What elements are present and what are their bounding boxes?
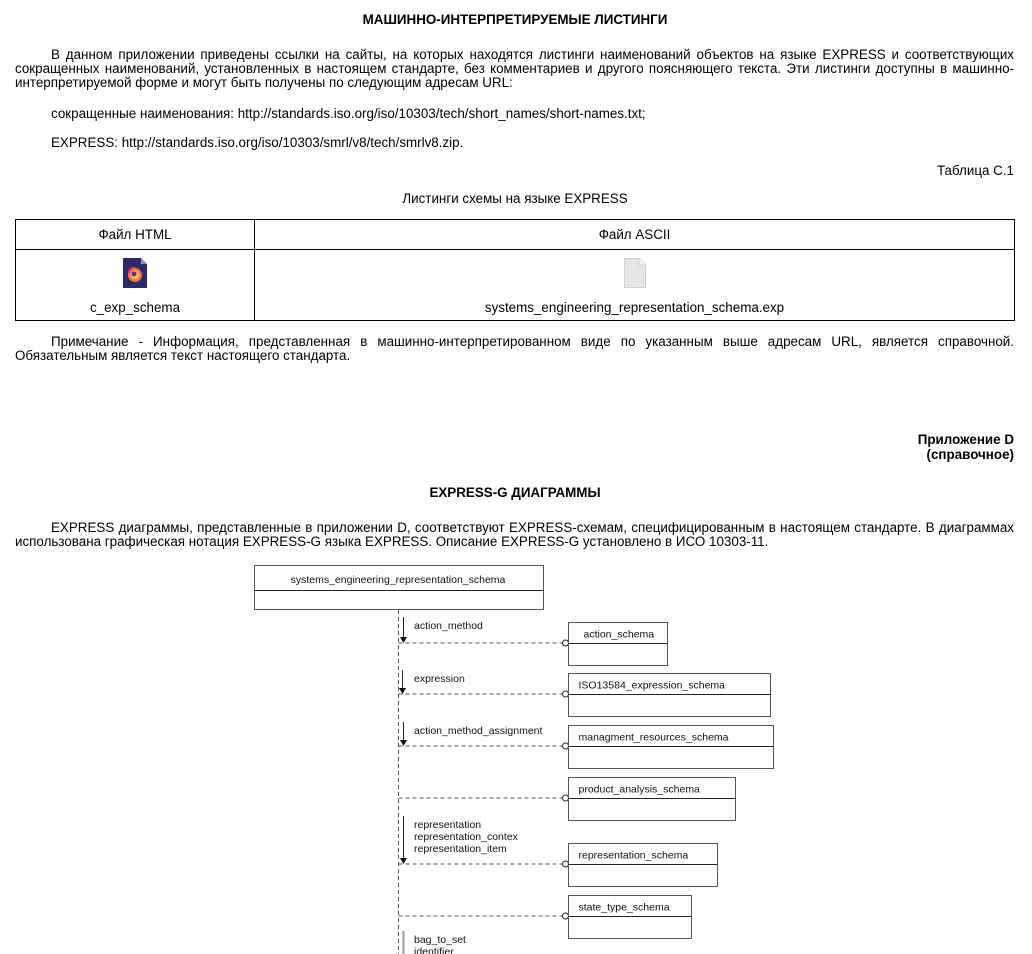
schema-box: action_schema [569, 623, 668, 666]
relation-circle-icon [563, 913, 569, 919]
schema-name: representation_schema [579, 850, 689, 862]
schema-reference: state_type_schema [399, 896, 692, 939]
reference-label: action_method_assignment [414, 725, 542, 737]
main-schema-box: systems_engineering_representation_schem… [255, 566, 544, 610]
arrow-head-icon [399, 688, 406, 694]
reference-label: identifier [414, 946, 454, 954]
reference-label: action_method [414, 620, 483, 632]
relation-circle-icon [563, 743, 569, 749]
schema-name: action_schema [584, 629, 655, 641]
schema-box: managment_resources_schema [569, 726, 774, 769]
schema-reference: action_method_assignmentmanagment_resour… [399, 722, 774, 769]
schema-reference: bag_to_setidentifier [404, 931, 467, 954]
schema-name: managment_resources_schema [579, 732, 729, 744]
arrow-head-icon [400, 858, 407, 864]
schema-box: ISO13584_expression_schema [569, 674, 771, 717]
reference-label: expression [414, 673, 465, 685]
arrow-head-icon [400, 637, 407, 643]
relation-circle-icon [563, 691, 569, 697]
reference-label: representation_item [414, 843, 507, 855]
relation-circle-icon [563, 795, 569, 801]
express-g-diagram: systems_engineering_representation_schem… [0, 0, 1032, 954]
schema-reference: representationrepresentation_contexrepre… [399, 816, 718, 887]
relation-circle-icon [563, 640, 569, 646]
schema-name: ISO13584_expression_schema [579, 680, 726, 692]
schema-name: product_analysis_schema [579, 784, 701, 796]
schema-reference: expressionISO13584_expression_schema [399, 670, 771, 717]
schema-reference: product_analysis_schema [399, 778, 736, 821]
reference-label: bag_to_set [414, 934, 466, 946]
schema-box: product_analysis_schema [569, 778, 736, 821]
schema-box: representation_schema [569, 844, 718, 887]
main-schema-name: systems_engineering_representation_schem… [291, 574, 506, 586]
reference-label: representation_contex [414, 831, 519, 843]
reference-label: representation [414, 819, 481, 831]
schema-name: state_type_schema [579, 902, 670, 914]
relation-circle-icon [563, 861, 569, 867]
schema-reference: action_methodaction_schema [399, 617, 668, 666]
schema-box: state_type_schema [569, 896, 692, 939]
arrow-head-icon [400, 740, 407, 746]
